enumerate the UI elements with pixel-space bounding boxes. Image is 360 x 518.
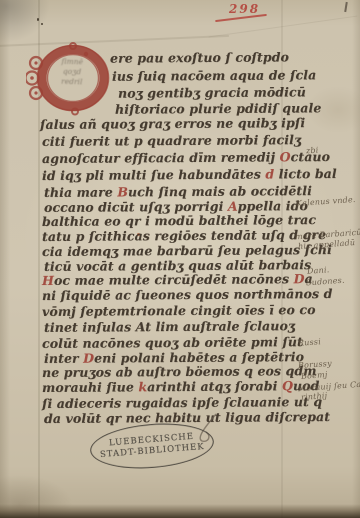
margin-note: rinthij (301, 391, 328, 402)
text-segment: id iqʒ pli multi ſue habundātes (42, 166, 265, 183)
text-segment: arinthi atqʒ ſorabi (147, 378, 282, 394)
manuscript-line: ere pau exoſtuo ſ coſtpdo (110, 49, 289, 65)
manuscript-line: citi fuerit ut p quadrare morbi facilʒ (42, 132, 301, 149)
text-segment: citi fuerit ut p quadrare morbi facilʒ (42, 132, 301, 149)
margin-note: Böemj (301, 370, 328, 381)
page-bottom-shadow (0, 504, 360, 518)
manuscript-line: tinet inſulas At lim auſtrale ſclauoʒ (44, 318, 295, 335)
text-segment: ſalus añ quoʒ graʒ erros ne quibʒ ipſi (40, 115, 305, 132)
manuscript-line: agnoſcatur efficacia dīm remedij Octauo (42, 149, 330, 166)
text-segment: agnoſcatur efficacia dīm remedij (42, 149, 280, 166)
manuscript-line: ſalus añ quoʒ graʒ erros ne quibʒ ipſi (40, 115, 305, 132)
manuscript-line: vōmj ſeptemtrionale cingit oīes ī eo co (42, 302, 316, 319)
manuscript-line: ni ſiquidē ac ſueones quos northmānos d (42, 286, 333, 303)
text-segment: ere pau exoſtuo ſ coſtpdo (110, 49, 289, 65)
rubricated-letter: d (265, 166, 274, 181)
text-segment: noʒ gentibʒ gracia mōdicū (118, 84, 306, 100)
text-segment: vōmj ſeptemtrionale cingit oīes ī eo co (42, 302, 316, 319)
rubricated-letter: k (138, 379, 147, 394)
margin-note: Dani. (307, 265, 330, 276)
rubricated-letter: B (117, 184, 128, 199)
manuscript-line: id iqʒ pli multi ſue habundātes d licto … (42, 166, 337, 183)
margin-note: Russi (298, 337, 322, 348)
margin-note: zbi (306, 146, 319, 156)
manuscript-line: ius ſuiq nacōem aqua de ſcla (112, 67, 316, 83)
text-segment: inter (44, 351, 83, 366)
rubricated-letter: O (280, 149, 291, 164)
manuscript-line: da volūt qr nec habitu ut ligua diſcrepa… (44, 409, 330, 426)
manuscript-line: noʒ gentibʒ gracia mōdicū (118, 84, 306, 100)
rubricated-letter: H (42, 273, 54, 288)
text-segment: oc mae multe circūſedēt nacōnes (54, 271, 294, 288)
text-segment: ni ſiquidē ac ſueones quos northmānos d (42, 286, 333, 303)
manuscript-line: morauhi ſiue karinthi atqʒ ſorabi Quod (42, 378, 319, 395)
rubricated-letter: A (228, 199, 238, 214)
text-segment: da volūt qr nec habitu ut ligua diſcrepa… (44, 409, 330, 426)
text-segment: uch ſinq mais ab occidētli (128, 183, 312, 199)
text-segment: morauhi ſiue (42, 379, 138, 395)
text-segment: thia mare (44, 184, 117, 200)
rubricated-letter: D (83, 351, 94, 366)
text-segment: tinet inſulas At lim auſtrale ſclauoʒ (44, 318, 295, 335)
rubricated-letter: Q (282, 378, 293, 393)
text-segment: licto bal (274, 166, 337, 181)
text-segment: ius ſuiq nacōem aqua de ſcla (112, 67, 316, 83)
manuscript-page: 298 ſimnēqoʒdredril ere pau exoſtuo ſ co… (0, 0, 360, 518)
rubricated-letter: D (294, 271, 305, 286)
